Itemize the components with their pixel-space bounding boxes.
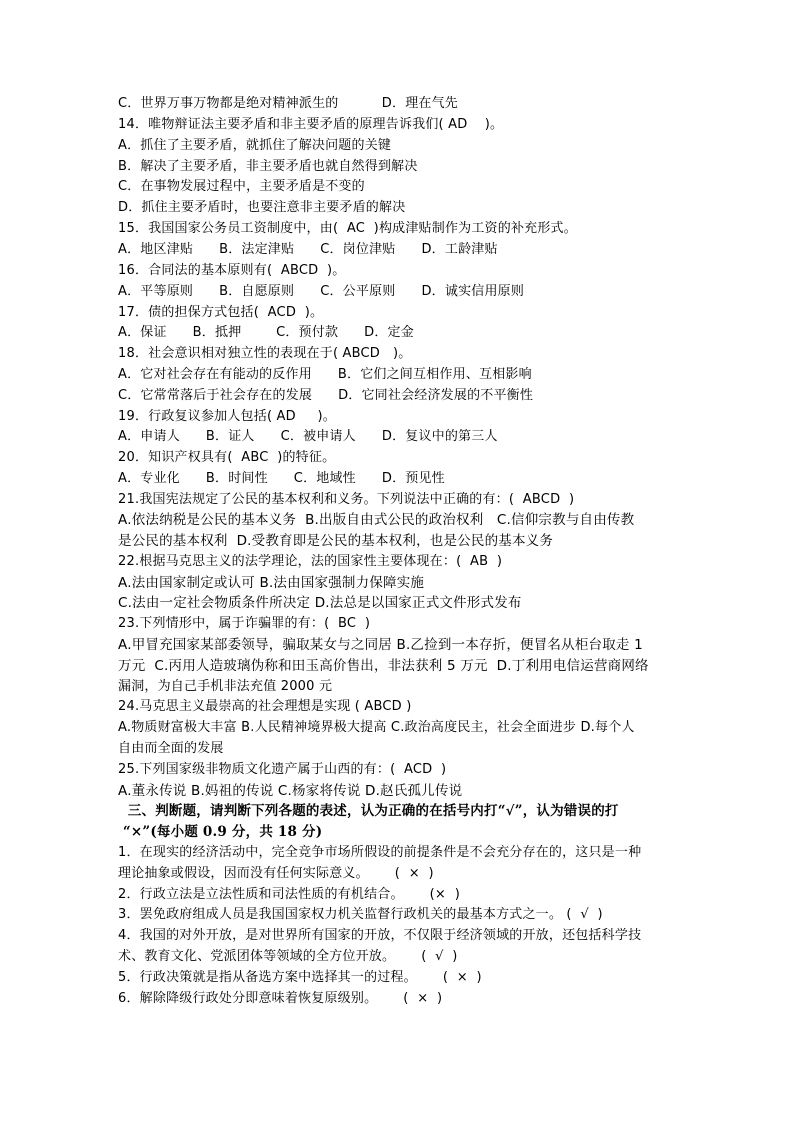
q20-stem: 20．知识产权具有( ABC )的特征。: [118, 448, 678, 468]
q17-stem: 17．债的担保方式包括( ACD )。: [118, 303, 678, 323]
q25-stem: 25.下列国家级非物质文化遗产属于山西的有：( ACD ): [118, 760, 678, 780]
q21-options-2: 是公民的基本权利 D.受教育即是公民的基本权利，也是公民的基本义务: [118, 531, 678, 551]
q22-options-ab: A.法由国家制定或认可 B.法由国家强制力保障实施: [118, 573, 678, 593]
q20-options: A．专业化 B．时间性 C．地域性 D．预见性: [118, 469, 678, 489]
tf4-stem-cont: 术、教育文化、党派团体等领域的全方位开放。 ( √ ): [118, 947, 678, 967]
q23-options-2: 万元 C.丙用人造玻璃伪称和田玉高价售出，非法获利 5 万元 D.丁利用电信运营…: [118, 656, 678, 676]
q21-options-1: A.依法纳税是公民的基本义务 B.出版自由式公民的政治权利 C.信仰宗教与自由传…: [118, 510, 678, 530]
tf5-stem: 5．行政决策就是指从备选方案中选择其一的过程。 ( × ): [118, 968, 678, 988]
q18-options-cd: C．它常常落后于社会存在的发展 D．它同社会经济发展的不平衡性: [118, 386, 678, 406]
section-3-heading: 三、判断题，请判断下列各题的表述，认为正确的在括号内打“√”，认为错误的打: [118, 801, 678, 821]
tf1-stem: 1．在现实的经济活动中，完全竞争市场所假设的前提条件是不会充分存在的，这只是一种: [118, 843, 678, 863]
q15-stem: 15．我国国家公务员工资制度中，由( AC )构成津贴制作为工资的补充形式。: [118, 219, 678, 239]
q17-options: A．保证 B．抵押 C．预付款 D．定金: [118, 323, 678, 343]
q24-options-2: 自由而全面的发展: [118, 739, 678, 759]
tf3-stem: 3．罢免政府组成人员是我国国家权力机关监督行政机关的最基本方式之一。 ( √ ): [118, 905, 678, 925]
q18-options-ab: A．它对社会存在有能动的反作用 B．它们之间互相作用、互相影响: [118, 365, 678, 385]
q22-options-cd: C.法由一定社会物质条件所决定 D.法总是以国家正式文件形式发布: [118, 593, 678, 613]
q24-options-1: A.物质财富极大丰富 B.人民精神境界极大提高 C.政治高度民主，社会全面进步 …: [118, 718, 678, 738]
q16-stem: 16．合同法的基本原则有( ABCD )。: [118, 261, 678, 281]
section-3-heading-cont: “×”(每小题 0.9 分，共 18 分): [118, 822, 678, 842]
tf4-stem: 4．我国的对外开放，是对世界所有国家的开放，不仅限于经济领域的开放，还包括科学技: [118, 926, 678, 946]
tf1-stem-cont: 理论抽象或假设，因而没有任何实际意义。 ( × ): [118, 864, 678, 884]
q14-option-a: A．抓住了主要矛盾，就抓住了解决问题的关键: [118, 136, 678, 156]
q19-stem: 19．行政复议参加人包括( AD )。: [118, 407, 678, 427]
q16-options: A．平等原则 B．自愿原则 C．公平原则 D．诚实信用原则: [118, 282, 678, 302]
q14-option-d: D．抓住主要矛盾时，也要注意非主要矛盾的解决: [118, 198, 678, 218]
tf2-stem: 2．行政立法是立法性质和司法性质的有机结合。 (× ): [118, 885, 678, 905]
document-page: C．世界万事万物都是绝对精神派生的 D．理在气先 14．唯物辩证法主要矛盾和非主…: [0, 0, 794, 1123]
q23-stem: 23.下列情形中，属于诈骗罪的有：( BC ): [118, 614, 678, 634]
q23-options-1: A.甲冒充国家某部委领导，骗取某女与之同居 B.乙捡到一本存折，便冒名从柜台取走…: [118, 635, 678, 655]
q14-option-b: B．解决了主要矛盾，非主要矛盾也就自然得到解决: [118, 157, 678, 177]
q19-options: A．申请人 B．证人 C．被申请人 D．复议中的第三人: [118, 427, 678, 447]
q25-options: A.董永传说 B.妈祖的传说 C.杨家将传说 D.赵氏孤儿传说: [118, 781, 678, 801]
q14-stem: 14．唯物辩证法主要矛盾和非主要矛盾的原理告诉我们( AD )。: [118, 115, 678, 135]
q24-stem: 24.马克思主义最崇高的社会理想是实现 ( ABCD ): [118, 697, 678, 717]
q13-option-c-d: C．世界万事万物都是绝对精神派生的 D．理在气先: [118, 94, 678, 114]
q15-options: A．地区津贴 B．法定津贴 C．岗位津贴 D．工龄津贴: [118, 240, 678, 260]
q18-stem: 18．社会意识相对独立性的表现在于( ABCD )。: [118, 344, 678, 364]
q23-options-3: 漏洞，为自己手机非法充值 2000 元: [118, 677, 678, 697]
q22-stem: 22.根据马克思主义的法学理论，法的国家性主要体现在：( AB ): [118, 552, 678, 572]
q21-stem: 21.我国宪法规定了公民的基本权利和义务。下列说法中正确的有：( ABCD ): [118, 490, 678, 510]
q14-option-c: C．在事物发展过程中，主要矛盾是不变的: [118, 177, 678, 197]
tf6-stem: 6．解除降级行政处分即意味着恢复原级别。 ( × ): [118, 989, 678, 1009]
